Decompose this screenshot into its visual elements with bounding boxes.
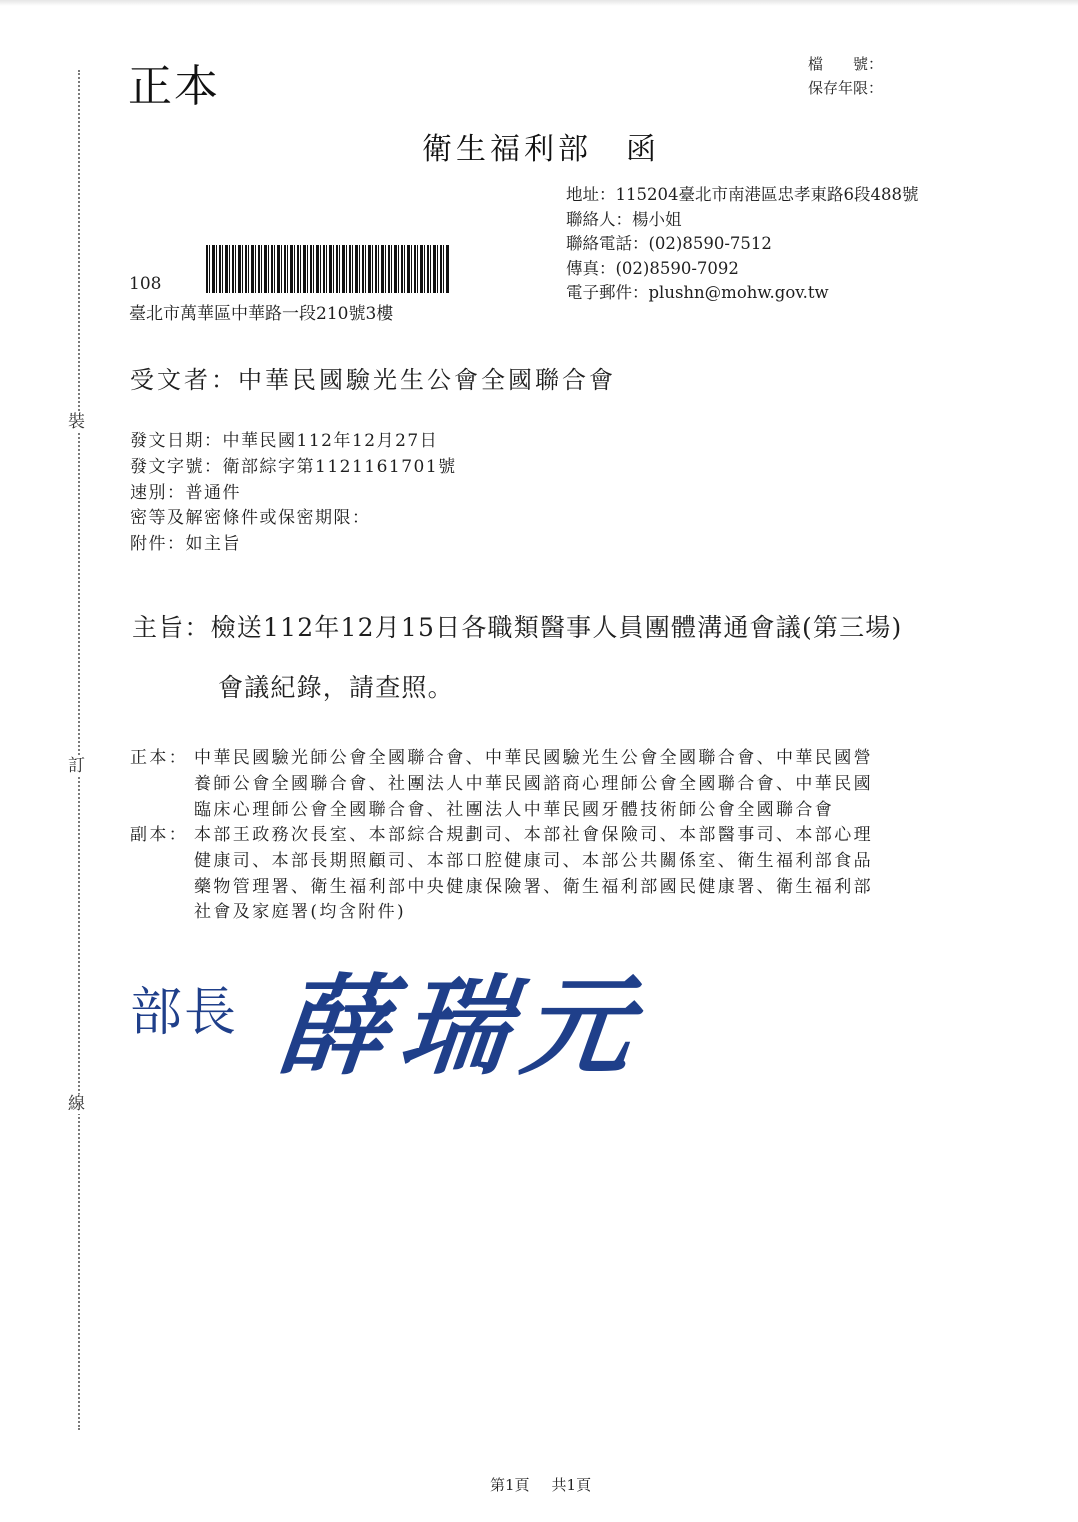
recipient: 受文者：中華民國驗光生公會全國聯合會 (130, 360, 616, 395)
original-copy-stamp: 正本 (128, 50, 220, 114)
document-type: 函 (626, 132, 660, 167)
issue-date: 發文日期：中華民國112年12月27日 (130, 429, 457, 455)
contact-person: 聯絡人：楊小姐 (566, 208, 918, 233)
attachment: 附件：如主旨 (130, 532, 457, 558)
page-total: 共1頁 (552, 1476, 592, 1494)
copy-recipients-line: 健康司、本部長期照顧司、本部口腔健康司、本部公共關係室、衛生福利部食品 (194, 849, 954, 875)
scan-edge (0, 0, 1078, 6)
binding-dotted-line (78, 70, 80, 1430)
copy-recipients-list: 本部王政務次長室、本部綜合規劃司、本部社會保險司、本部醫事司、本部心理 健康司、… (194, 823, 954, 926)
original-recipients-line: 養師公會全國聯合會、社團法人中華民國諮商心理師公會全國聯合會、中華民國 (194, 772, 954, 798)
sender-contact: 地址：115204臺北市南港區忠孝東路6段488號 聯絡人：楊小姐 聯絡電話：(… (566, 183, 918, 306)
copy-recipients-line: 藥物管理署、衛生福利部中央健康保險署、衛生福利部國民健康署、衛生福利部 (194, 875, 954, 901)
binding-mark-staple: 訂 (68, 756, 85, 776)
document-number: 發文字號：衛部綜字第1121161701號 (130, 455, 457, 481)
document-title: 衛生福利部函 (422, 124, 660, 168)
recipient-postcode: 108 (129, 274, 161, 294)
document-meta: 發文日期：中華民國112年12月27日 發文字號：衛部綜字第1121161701… (130, 429, 457, 558)
original-recipients-list: 中華民國驗光師公會全國聯合會、中華民國驗光生公會全國聯合會、中華民國營 養師公會… (194, 746, 954, 823)
original-recipients-line: 臨床心理師公會全國聯合會、社團法人中華民國牙體技術師公會全國聯合會 (194, 798, 954, 824)
delivery-speed: 速別：普通件 (130, 481, 457, 507)
barcode (206, 245, 450, 293)
original-recipients-label: 正本： (130, 746, 188, 772)
sender-address: 地址：115204臺北市南港區忠孝東路6段488號 (566, 183, 918, 208)
contact-fax: 傳真：(02)8590-7092 (566, 257, 918, 282)
classification: 密等及解密條件或保密期限： (130, 506, 457, 532)
page-number: 第1頁 (490, 1476, 530, 1494)
signatory-signature: 薛瑞元 (272, 940, 654, 1095)
retention-label: 保存年限： (808, 76, 883, 100)
agency-name: 衛生福利部 (422, 132, 592, 167)
copy-recipients-line: 本部王政務次長室、本部綜合規劃司、本部社會保險司、本部醫事司、本部心理 (194, 823, 954, 849)
copy-recipients-line: 社會及家庭署(均含附件) (194, 900, 954, 926)
page-footer: 第1頁共1頁 (490, 1474, 591, 1495)
contact-email: 電子郵件：plushn@mohw.gov.tw (566, 281, 918, 306)
binding-mark-line: 線 (68, 1094, 85, 1114)
recipient-address: 臺北市萬華區中華路一段210號3樓 (129, 299, 393, 324)
file-meta: 檔 號： 保存年限： (808, 52, 883, 100)
subject-line-1: 主旨：檢送112年12月15日各職類醫事人員團體溝通會議(第三場) (132, 608, 902, 644)
signatory-title: 部長 (130, 970, 238, 1045)
file-number-label: 檔 號： (808, 52, 883, 76)
contact-phone: 聯絡電話：(02)8590-7512 (566, 232, 918, 257)
subject-line-2: 會議紀錄，請查照。 (218, 668, 454, 704)
binding-mark-bind: 裝 (68, 412, 85, 432)
original-recipients-line: 中華民國驗光師公會全國聯合會、中華民國驗光生公會全國聯合會、中華民國營 (194, 746, 954, 772)
copy-recipients-label: 副本： (130, 823, 188, 849)
